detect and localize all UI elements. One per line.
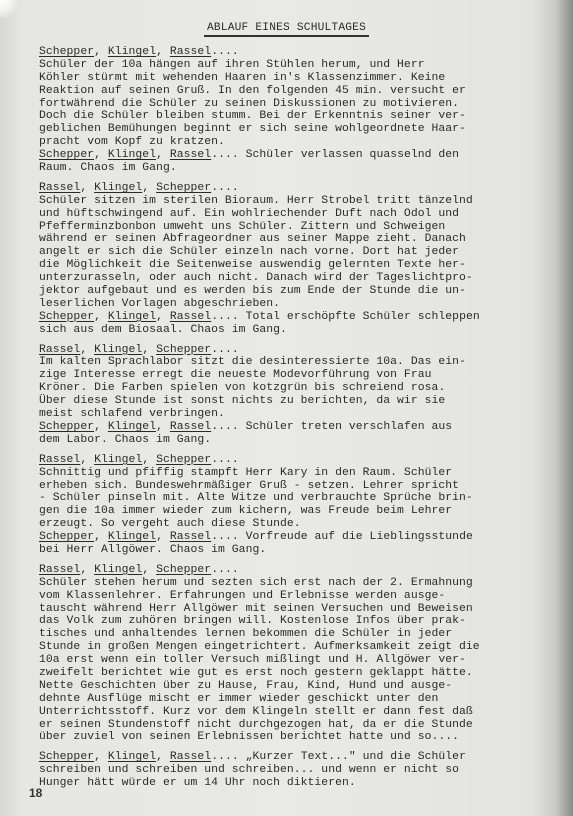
lesson-section: Rassel, Klingel, Schepper....Schüler ste…	[39, 564, 539, 744]
page-corner-highlight	[0, 0, 22, 18]
bell-cue: Schepper, Klingel, Rassel....	[39, 751, 239, 763]
bell-cue: Rassel, Klingel, Schepper....	[39, 454, 239, 466]
text-line: fortwährend die Schüler zu seinen Diskus…	[39, 98, 539, 111]
text-line: Kröner. Die Farben spielen von kotzgrün …	[39, 382, 539, 395]
text-line: meist schlafend verbringen.	[39, 408, 539, 421]
text-line: unterzurasseln, oder auch nicht. Danach …	[39, 272, 539, 285]
lesson-section: Schepper, Klingel, Rassel.... „Kurzer Te…	[39, 751, 539, 790]
text-line: gen die 10a immer wieder zum kichern, wa…	[39, 505, 539, 518]
text-line: Rassel, Klingel, Schepper....	[39, 182, 539, 195]
bell-cue: Schepper, Klingel, Rassel....	[39, 46, 239, 58]
text-line: Schnittig und pfiffig stampft Herr Kary …	[39, 467, 539, 480]
text-line: und hüftschwingend auf. Ein wohlriechend…	[39, 208, 539, 221]
text-line: Schüler sitzen im sterilen Bioraum. Herr…	[39, 195, 539, 208]
text-line: zige Interesse erregt die neueste Modevo…	[39, 369, 539, 382]
bell-cue: Schepper, Klingel, Rassel....	[39, 311, 239, 323]
lesson-section: Rassel, Klingel, Schepper....Schnittig u…	[39, 454, 539, 557]
bell-cue: Rassel, Klingel, Schepper....	[39, 344, 239, 356]
text-line: Rassel, Klingel, Schepper....	[39, 344, 539, 357]
text-line: Im kalten Sprachlabor sitzt die desinter…	[39, 356, 539, 369]
text-line: während er seinen Abfrageordner aus sein…	[39, 233, 539, 246]
text-line: Schepper, Klingel, Rassel.... Total ersc…	[39, 311, 539, 324]
text-line: Reaktion auf seinen Gruß. In den folgend…	[39, 85, 539, 98]
text-line: Pfefferminzbonbon umweht uns Schüler. Zi…	[39, 221, 539, 234]
page-title-text: ABLAUF EINES SCHULTAGES	[204, 22, 369, 37]
text-line: Hunger hätt würde er um 14 Uhr noch dikt…	[39, 777, 539, 790]
text-line: geblichen Bemühungen beginnt er sich sei…	[39, 123, 539, 136]
text-line: Köhler stürmt mit wehenden Haaren in's K…	[39, 72, 539, 85]
text-line: zweifelt berichtet wie gut es erst noch …	[39, 667, 539, 680]
text-line: Schüler stehen herum und sezten sich ers…	[39, 577, 539, 590]
text-line: er seinen Stundenstoff nicht durchgezoge…	[39, 719, 539, 732]
lesson-section: Rassel, Klingel, Schepper....Schüler sit…	[39, 182, 539, 337]
text-line: Raum. Chaos im Gang.	[39, 162, 539, 175]
text-line: Rassel, Klingel, Schepper....	[39, 564, 539, 577]
text-line: Schepper, Klingel, Rassel.... Vorfreude …	[39, 531, 539, 544]
text-line: Über diese Stunde ist sonst nichts zu be…	[39, 395, 539, 408]
text-line: tisches und anhaltendes lernen bekommen …	[39, 628, 539, 641]
document-body: Schepper, Klingel, Rassel....Schüler der…	[39, 46, 539, 797]
text-line: Stunde in großen Mengen eingetrichtert. …	[39, 641, 539, 654]
bell-cue: Rassel, Klingel, Schepper....	[39, 564, 239, 576]
text-line: Unterrichtsstoff. Kurz vor dem Klingeln …	[39, 706, 539, 719]
text-line: tauscht während Herr Allgöwer mit seinen…	[39, 603, 539, 616]
lesson-section: Schepper, Klingel, Rassel....Schüler der…	[39, 46, 539, 175]
text-line: Schepper, Klingel, Rassel.... Schüler tr…	[39, 421, 539, 434]
text-line: dehnte Ausflüge mischt er immer wieder g…	[39, 693, 539, 706]
text-line: pracht vom Kopf zu kratzen.	[39, 136, 539, 149]
text-line: jektor aufgebaut und es werden bis zum E…	[39, 285, 539, 298]
text-line: Schepper, Klingel, Rassel.... „Kurzer Te…	[39, 751, 539, 764]
text-line: Doch die Schüler bleiben stumm. Bei der …	[39, 110, 539, 123]
bell-cue: Schepper, Klingel, Rassel....	[39, 149, 239, 161]
text-line: das Volk zum zuhören bringen will. Koste…	[39, 615, 539, 628]
bell-cue: Schepper, Klingel, Rassel....	[39, 421, 239, 433]
text-line: die Möglichkeit die Seitenweise auswendi…	[39, 259, 539, 272]
bell-cue: Rassel, Klingel, Schepper....	[39, 182, 239, 194]
text-line: Schepper, Klingel, Rassel.... Schüler ve…	[39, 149, 539, 162]
scanned-page: ABLAUF EINES SCHULTAGES Schepper, Klinge…	[0, 0, 573, 816]
text-line: über zuviel von seinen Erlebnissen beric…	[39, 731, 539, 744]
text-line: dem Labor. Chaos im Gang.	[39, 434, 539, 447]
text-line: sich aus dem Biosaal. Chaos im Gang.	[39, 324, 539, 337]
text-line: vom Klassenlehrer. Erfahrungen und Erleb…	[39, 590, 539, 603]
text-line: angelt er sich die Schüler einzeln nach …	[39, 246, 539, 259]
lesson-section: Rassel, Klingel, Schepper....Im kalten S…	[39, 344, 539, 447]
text-line: schreiben und schreiben und schreiben...…	[39, 764, 539, 777]
bell-cue: Schepper, Klingel, Rassel....	[39, 531, 239, 543]
text-line: - Schüler pinseln mit. Alte Witze und ve…	[39, 492, 539, 505]
text-line: Schüler der 10a hängen auf ihren Stühlen…	[39, 59, 539, 72]
text-line: erzeugt. So vergeht auch diese Stunde.	[39, 518, 539, 531]
text-line: leserlichen Vorlagen abgeschrieben.	[39, 298, 539, 311]
text-line: Nette Geschichten über zu Hause, Frau, K…	[39, 680, 539, 693]
page-number: 18	[29, 786, 42, 800]
text-line: 10a erst wenn ein toller Versuch mißling…	[39, 654, 539, 667]
text-line: Schepper, Klingel, Rassel....	[39, 46, 539, 59]
text-line: erheben sich. Bundeswehrmäßiger Gruß - s…	[39, 480, 539, 493]
text-line: Rassel, Klingel, Schepper....	[39, 454, 539, 467]
page-title: ABLAUF EINES SCHULTAGES	[0, 22, 573, 34]
text-line: bei Herr Allgöwer. Chaos im Gang.	[39, 544, 539, 557]
